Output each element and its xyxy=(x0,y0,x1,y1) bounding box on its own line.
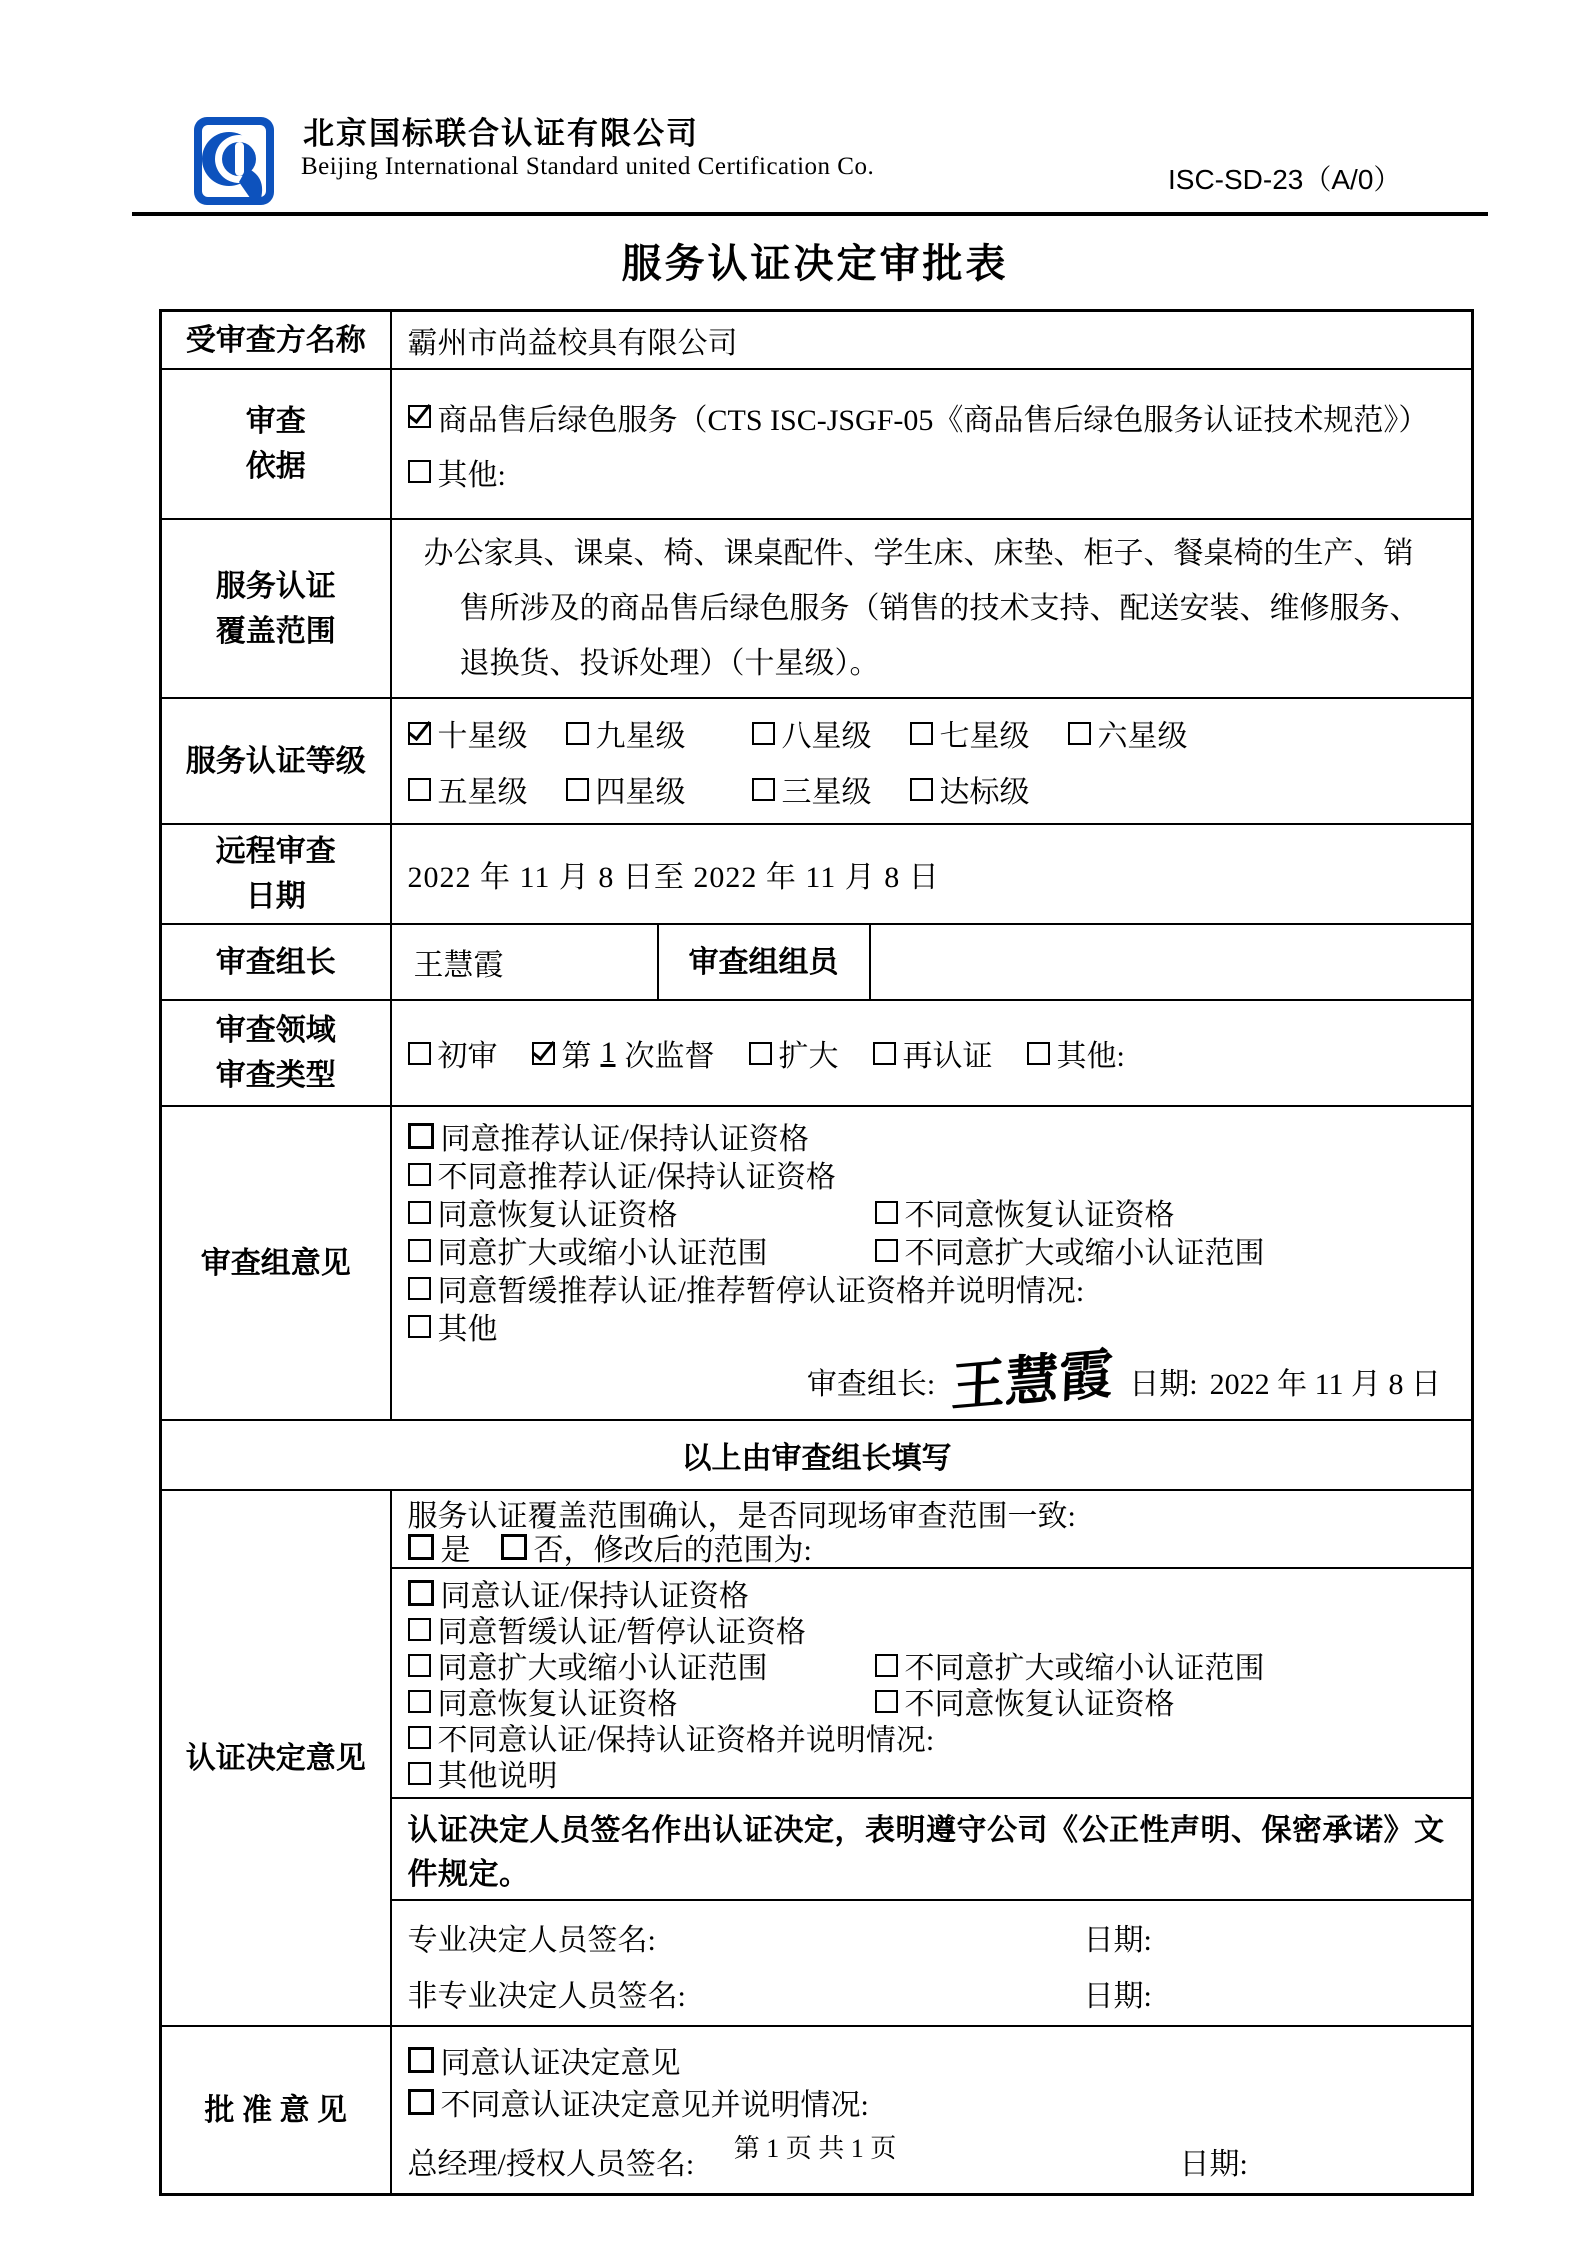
team-opinion-cell: 同意推荐认证/保持认证资格 不同意推荐认证/保持认证资格 同意恢复认证资格 不同… xyxy=(391,1106,1473,1420)
checkbox-icon xyxy=(875,1201,898,1224)
checkbox-label: 第 xyxy=(562,1031,592,1075)
checkbox-icon xyxy=(408,1654,431,1677)
page-number: 第 1 页 共 1 页 xyxy=(159,2128,1471,2165)
checkbox-label: 九星级 xyxy=(596,711,686,755)
checkbox-icon xyxy=(873,1042,896,1065)
decision-options-cell: 同意认证/保持认证资格 同意暂缓认证/暂停认证资格 同意扩大或缩小认证范围 不同… xyxy=(391,1568,1473,1798)
option-nine-star[interactable]: 九星级 xyxy=(566,711,686,755)
checkbox-label: 三星级 xyxy=(782,767,872,811)
sign-date-label: 日期: xyxy=(1129,1359,1197,1403)
checkbox-icon xyxy=(408,2089,434,2115)
checkbox-icon xyxy=(408,460,431,483)
checkbox-label: 四星级 xyxy=(596,767,686,811)
auditee-label: 受审查方名称 xyxy=(161,311,391,370)
checkbox-icon xyxy=(408,1534,434,1560)
company-logo xyxy=(193,116,275,206)
auditee-value-cell: 霸州市尚益校具有限公司 xyxy=(391,311,1473,370)
checkbox-label: 其他说明 xyxy=(438,1751,558,1795)
leader-sign-label: 审查组长: xyxy=(807,1359,935,1403)
checkbox-label: 其他: xyxy=(438,450,506,494)
coverage-text: 办公家具、课桌、椅、课桌配件、学生床、床垫、柜子、餐桌椅的生产、销 售所涉及的商… xyxy=(408,526,1456,691)
approval-label: 批 准 意 见 xyxy=(161,2026,391,2195)
checkbox-icon xyxy=(408,1618,431,1641)
checkbox-icon xyxy=(408,778,431,801)
checkbox-icon xyxy=(408,1239,431,1262)
company-name-en: Beijing International Standard united Ce… xyxy=(301,153,874,181)
team-leader-name-cell: 王慧霞 xyxy=(391,924,658,1000)
checkbox-icon xyxy=(408,1762,431,1785)
leader-section-note: 以上由审查组长填写 xyxy=(161,1420,1473,1490)
checkbox-icon xyxy=(566,778,589,801)
checkbox-icon xyxy=(408,1315,431,1338)
option-basis-other[interactable]: 其他: xyxy=(408,450,506,494)
checkbox-label: 初审 xyxy=(438,1031,498,1075)
option-decision-other[interactable]: 其他说明 xyxy=(408,1751,558,1795)
checkbox-icon xyxy=(910,722,933,745)
option-six-star[interactable]: 六星级 xyxy=(1068,711,1188,755)
audit-basis-label: 审查 依据 xyxy=(161,369,391,519)
coverage-label: 服务认证 覆盖范围 xyxy=(161,519,391,698)
option-expand[interactable]: 扩大 xyxy=(749,1031,839,1075)
checkbox-label: 十星级 xyxy=(438,711,528,755)
option-disapprove-decision[interactable]: 不同意认证决定意见并说明情况: xyxy=(408,2080,869,2124)
checkbox-label: 次监督 xyxy=(625,1031,715,1075)
checkbox-label: 其他 xyxy=(438,1304,498,1348)
option-approve-decision[interactable]: 同意认证决定意见 xyxy=(408,2038,681,2082)
checkbox-icon xyxy=(566,722,589,745)
audit-type-cell: 初审 第1次监督 扩大 再认证 其他: xyxy=(391,1000,1473,1106)
checkbox-icon xyxy=(408,1580,434,1606)
nonprofessional-sign-label: 非专业决定人员签名: xyxy=(408,1971,1084,2015)
decision-statement: 认证决定人员签名作出认证决定，表明遵守公司《公正性声明、保密承诺》文件规定。 xyxy=(391,1798,1473,1900)
option-standard-level[interactable]: 达标级 xyxy=(910,767,1030,811)
option-first-audit[interactable]: 初审 xyxy=(408,1031,498,1075)
page-title: 服务认证决定审批表 xyxy=(159,232,1471,289)
decision-opinion-label: 认证决定意见 xyxy=(161,1490,391,2026)
checkbox-icon xyxy=(752,778,775,801)
checkbox-icon xyxy=(532,1042,555,1065)
checkbox-label: 其他: xyxy=(1057,1031,1125,1075)
approval-form-table: 受审查方名称 霸州市尚益校具有限公司 审查 依据 商品售后绿色服务（CTS IS… xyxy=(159,309,1474,2196)
checkbox-label: 扩大 xyxy=(779,1031,839,1075)
service-level-label: 服务认证等级 xyxy=(161,698,391,824)
header-divider xyxy=(132,212,1488,216)
option-five-star[interactable]: 五星级 xyxy=(408,767,528,811)
remote-audit-date-label: 远程审查 日期 xyxy=(161,824,391,924)
checkbox-label: 同意暂缓推荐认证/推荐暂停认证资格并说明情况: xyxy=(438,1266,1085,1310)
checkbox-icon xyxy=(408,1163,431,1186)
checkbox-icon xyxy=(408,1690,431,1713)
team-leader-label: 审查组长 xyxy=(161,924,391,1000)
isc-logo-icon xyxy=(193,116,275,206)
option-basis-green-service[interactable]: 商品售后绿色服务（CTS ISC-JSGF-05《商品售后绿色服务认证技术规范》… xyxy=(408,395,1429,439)
checkbox-icon xyxy=(875,1654,898,1677)
option-eight-star[interactable]: 八星级 xyxy=(752,711,872,755)
checkbox-icon xyxy=(1027,1042,1050,1065)
checkbox-label: 再认证 xyxy=(903,1031,993,1075)
nonprofessional-sign-date-label: 日期: xyxy=(1084,1971,1152,2015)
option-scope-yes[interactable]: 是 xyxy=(408,1525,471,1569)
approval-cell: 同意认证决定意见 不同意认证决定意见并说明情况: 总经理/授权人员签名: 日期: xyxy=(391,2026,1473,2195)
professional-sign-date-label: 日期: xyxy=(1084,1915,1152,1959)
checkbox-label: 八星级 xyxy=(782,711,872,755)
checkbox-label: 商品售后绿色服务（CTS ISC-JSGF-05《商品售后绿色服务认证技术规范》… xyxy=(438,395,1429,439)
service-level-cell: 十星级 九星级 八星级 七星级 六星级 五星级 四星级 三星级 达标级 xyxy=(391,698,1473,824)
checkbox-icon xyxy=(910,778,933,801)
document-page: 北京国标联合认证有限公司 Beijing International Stand… xyxy=(0,0,1587,2245)
sign-date-value: 2022 年 11 月 8 日 xyxy=(1210,1359,1441,1403)
option-scope-no[interactable]: 否，修改后的范围为: xyxy=(501,1525,812,1569)
option-three-star[interactable]: 三星级 xyxy=(752,767,872,811)
checkbox-icon xyxy=(408,1726,431,1749)
checkbox-icon xyxy=(408,1042,431,1065)
decision-sign-cell: 专业决定人员签名: 日期: 非专业决定人员签名: 日期: xyxy=(391,1900,1473,2026)
team-members-label: 审查组组员 xyxy=(658,924,870,1000)
checkbox-label: 不同意恢复认证资格 xyxy=(905,1679,1175,1723)
checkbox-icon xyxy=(408,405,431,428)
option-ten-star[interactable]: 十星级 xyxy=(408,711,528,755)
team-members-value-cell xyxy=(870,924,1473,1000)
checkbox-icon xyxy=(408,722,431,745)
supervision-number: 1 xyxy=(592,1036,625,1070)
option-team-other[interactable]: 其他 xyxy=(408,1304,498,1348)
leader-signature: 王慧霞 xyxy=(951,1347,1114,1415)
team-opinion-label: 审查组意见 xyxy=(161,1106,391,1420)
checkbox-label: 达标级 xyxy=(940,767,1030,811)
checkbox-icon xyxy=(875,1239,898,1262)
coverage-cell: 办公家具、课桌、椅、课桌配件、学生床、床垫、柜子、餐桌椅的生产、销 售所涉及的商… xyxy=(391,519,1473,698)
option-suspend-recommend[interactable]: 同意暂缓推荐认证/推荐暂停认证资格并说明情况: xyxy=(408,1266,1085,1310)
checkbox-icon xyxy=(408,2047,434,2073)
option-audit-type-other[interactable]: 其他: xyxy=(1027,1031,1125,1075)
audit-basis-cell: 商品售后绿色服务（CTS ISC-JSGF-05《商品售后绿色服务认证技术规范》… xyxy=(391,369,1473,519)
checkbox-icon xyxy=(501,1534,527,1560)
checkbox-label: 否，修改后的范围为: xyxy=(534,1525,812,1569)
remote-audit-date-cell: 2022 年 11 月 8 日至 2022 年 11 月 8 日 xyxy=(391,824,1473,924)
professional-sign-label: 专业决定人员签名: xyxy=(408,1915,1084,1959)
checkbox-label: 不同意认证决定意见并说明情况: xyxy=(441,2080,869,2124)
checkbox-icon xyxy=(749,1042,772,1065)
checkbox-icon xyxy=(752,722,775,745)
option-four-star[interactable]: 四星级 xyxy=(566,767,686,811)
document-code: ISC-SD-23（A/0） xyxy=(1168,158,1401,198)
checkbox-label: 七星级 xyxy=(940,711,1030,755)
checkbox-icon xyxy=(875,1690,898,1713)
company-name-cn: 北京国标联合认证有限公司 xyxy=(303,108,699,153)
option-seven-star[interactable]: 七星级 xyxy=(910,711,1030,755)
checkbox-icon xyxy=(1068,722,1091,745)
checkbox-icon xyxy=(408,1201,431,1224)
option-recertification[interactable]: 再认证 xyxy=(873,1031,993,1075)
checkbox-icon xyxy=(408,1123,434,1149)
scope-confirm-cell: 服务认证覆盖范围确认，是否同现场审查范围一致: 是 否，修改后的范围为: xyxy=(391,1490,1473,1568)
checkbox-label: 六星级 xyxy=(1098,711,1188,755)
audit-type-label: 审查领域 审查类型 xyxy=(161,1000,391,1106)
checkbox-label: 五星级 xyxy=(438,767,528,811)
checkbox-icon xyxy=(408,1277,431,1300)
option-supervision[interactable]: 第1次监督 xyxy=(532,1031,715,1075)
checkbox-label: 是 xyxy=(441,1525,471,1569)
checkbox-label: 同意认证决定意见 xyxy=(441,2038,681,2082)
